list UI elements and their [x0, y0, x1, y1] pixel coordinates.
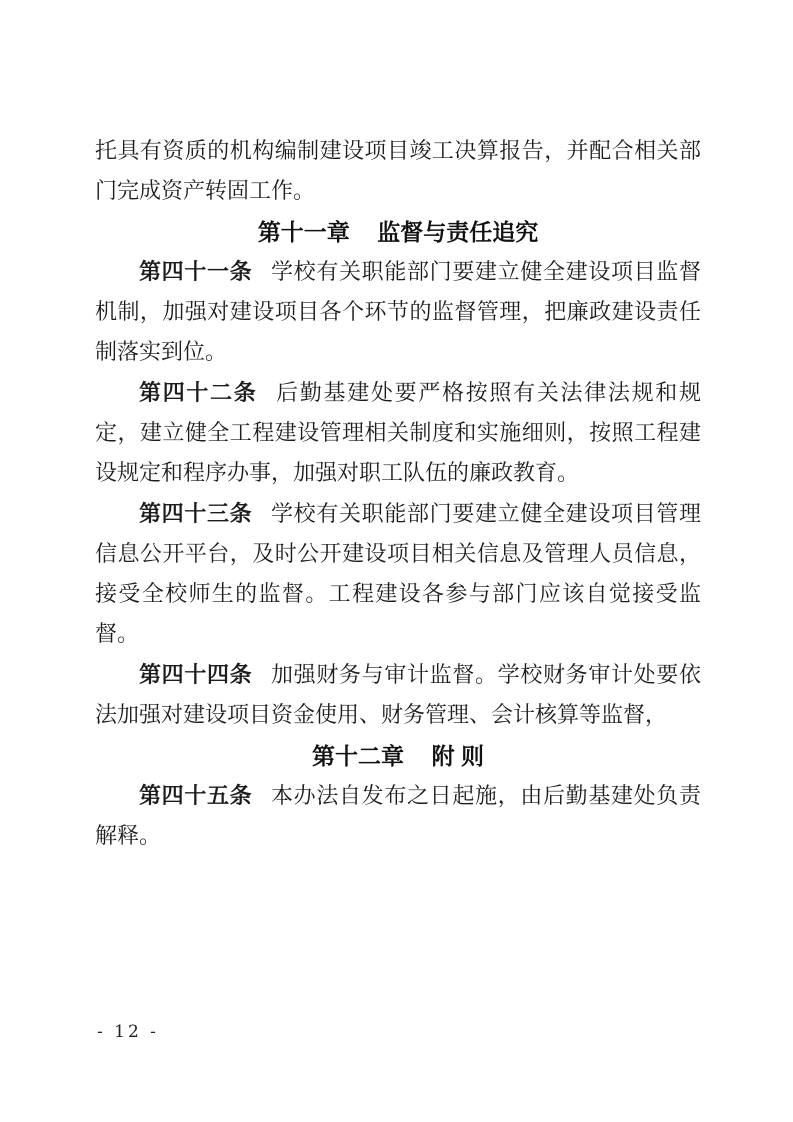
- article-number: 第四十二条: [139, 380, 257, 406]
- chapter-number: 第十二章: [312, 743, 404, 769]
- chapter-heading-12: 第十二章附 则: [95, 736, 701, 776]
- article-paragraph: 第四十五条本办法自发布之日起施，由后勤基建处负责解释。: [95, 776, 701, 857]
- article-number: 第四十四条: [139, 662, 252, 688]
- article-number: 第四十一条: [139, 259, 252, 285]
- page-number: - 12 -: [97, 1020, 159, 1044]
- paragraph-continuation: 托具有资质的机构编制建设项目竣工决算报告，并配合相关部门完成资产转固工作。: [95, 132, 701, 212]
- article-number: 第四十五条: [139, 783, 252, 809]
- article-paragraph: 第四十四条加强财务与审计监督。学校财务审计处要依法加强对建设项目资金使用、财务管…: [95, 655, 701, 736]
- article-number: 第四十三条: [139, 501, 252, 527]
- document-page: 托具有资质的机构编制建设项目竣工决算报告，并配合相关部门完成资产转固工作。 第十…: [0, 0, 793, 1122]
- article-paragraph: 第四十三条学校有关职能部门要建立健全建设项目管理信息公开平台，及时公开建设项目相…: [95, 494, 701, 655]
- article-paragraph: 第四十二条后勤基建处要严格按照有关法律法规和规定，建立健全工程建设管理相关制度和…: [95, 373, 701, 494]
- chapter-heading-11: 第十一章监督与责任追究: [95, 212, 701, 252]
- chapter-title: 监督与责任追究: [377, 219, 538, 245]
- chapter-title: 附 则: [432, 743, 484, 769]
- page-content: 托具有资质的机构编制建设项目竣工决算报告，并配合相关部门完成资产转固工作。 第十…: [95, 132, 701, 857]
- chapter-number: 第十一章: [258, 219, 350, 245]
- article-paragraph: 第四十一条学校有关职能部门要建立健全建设项目监督机制，加强对建设项目各个环节的监…: [95, 252, 701, 373]
